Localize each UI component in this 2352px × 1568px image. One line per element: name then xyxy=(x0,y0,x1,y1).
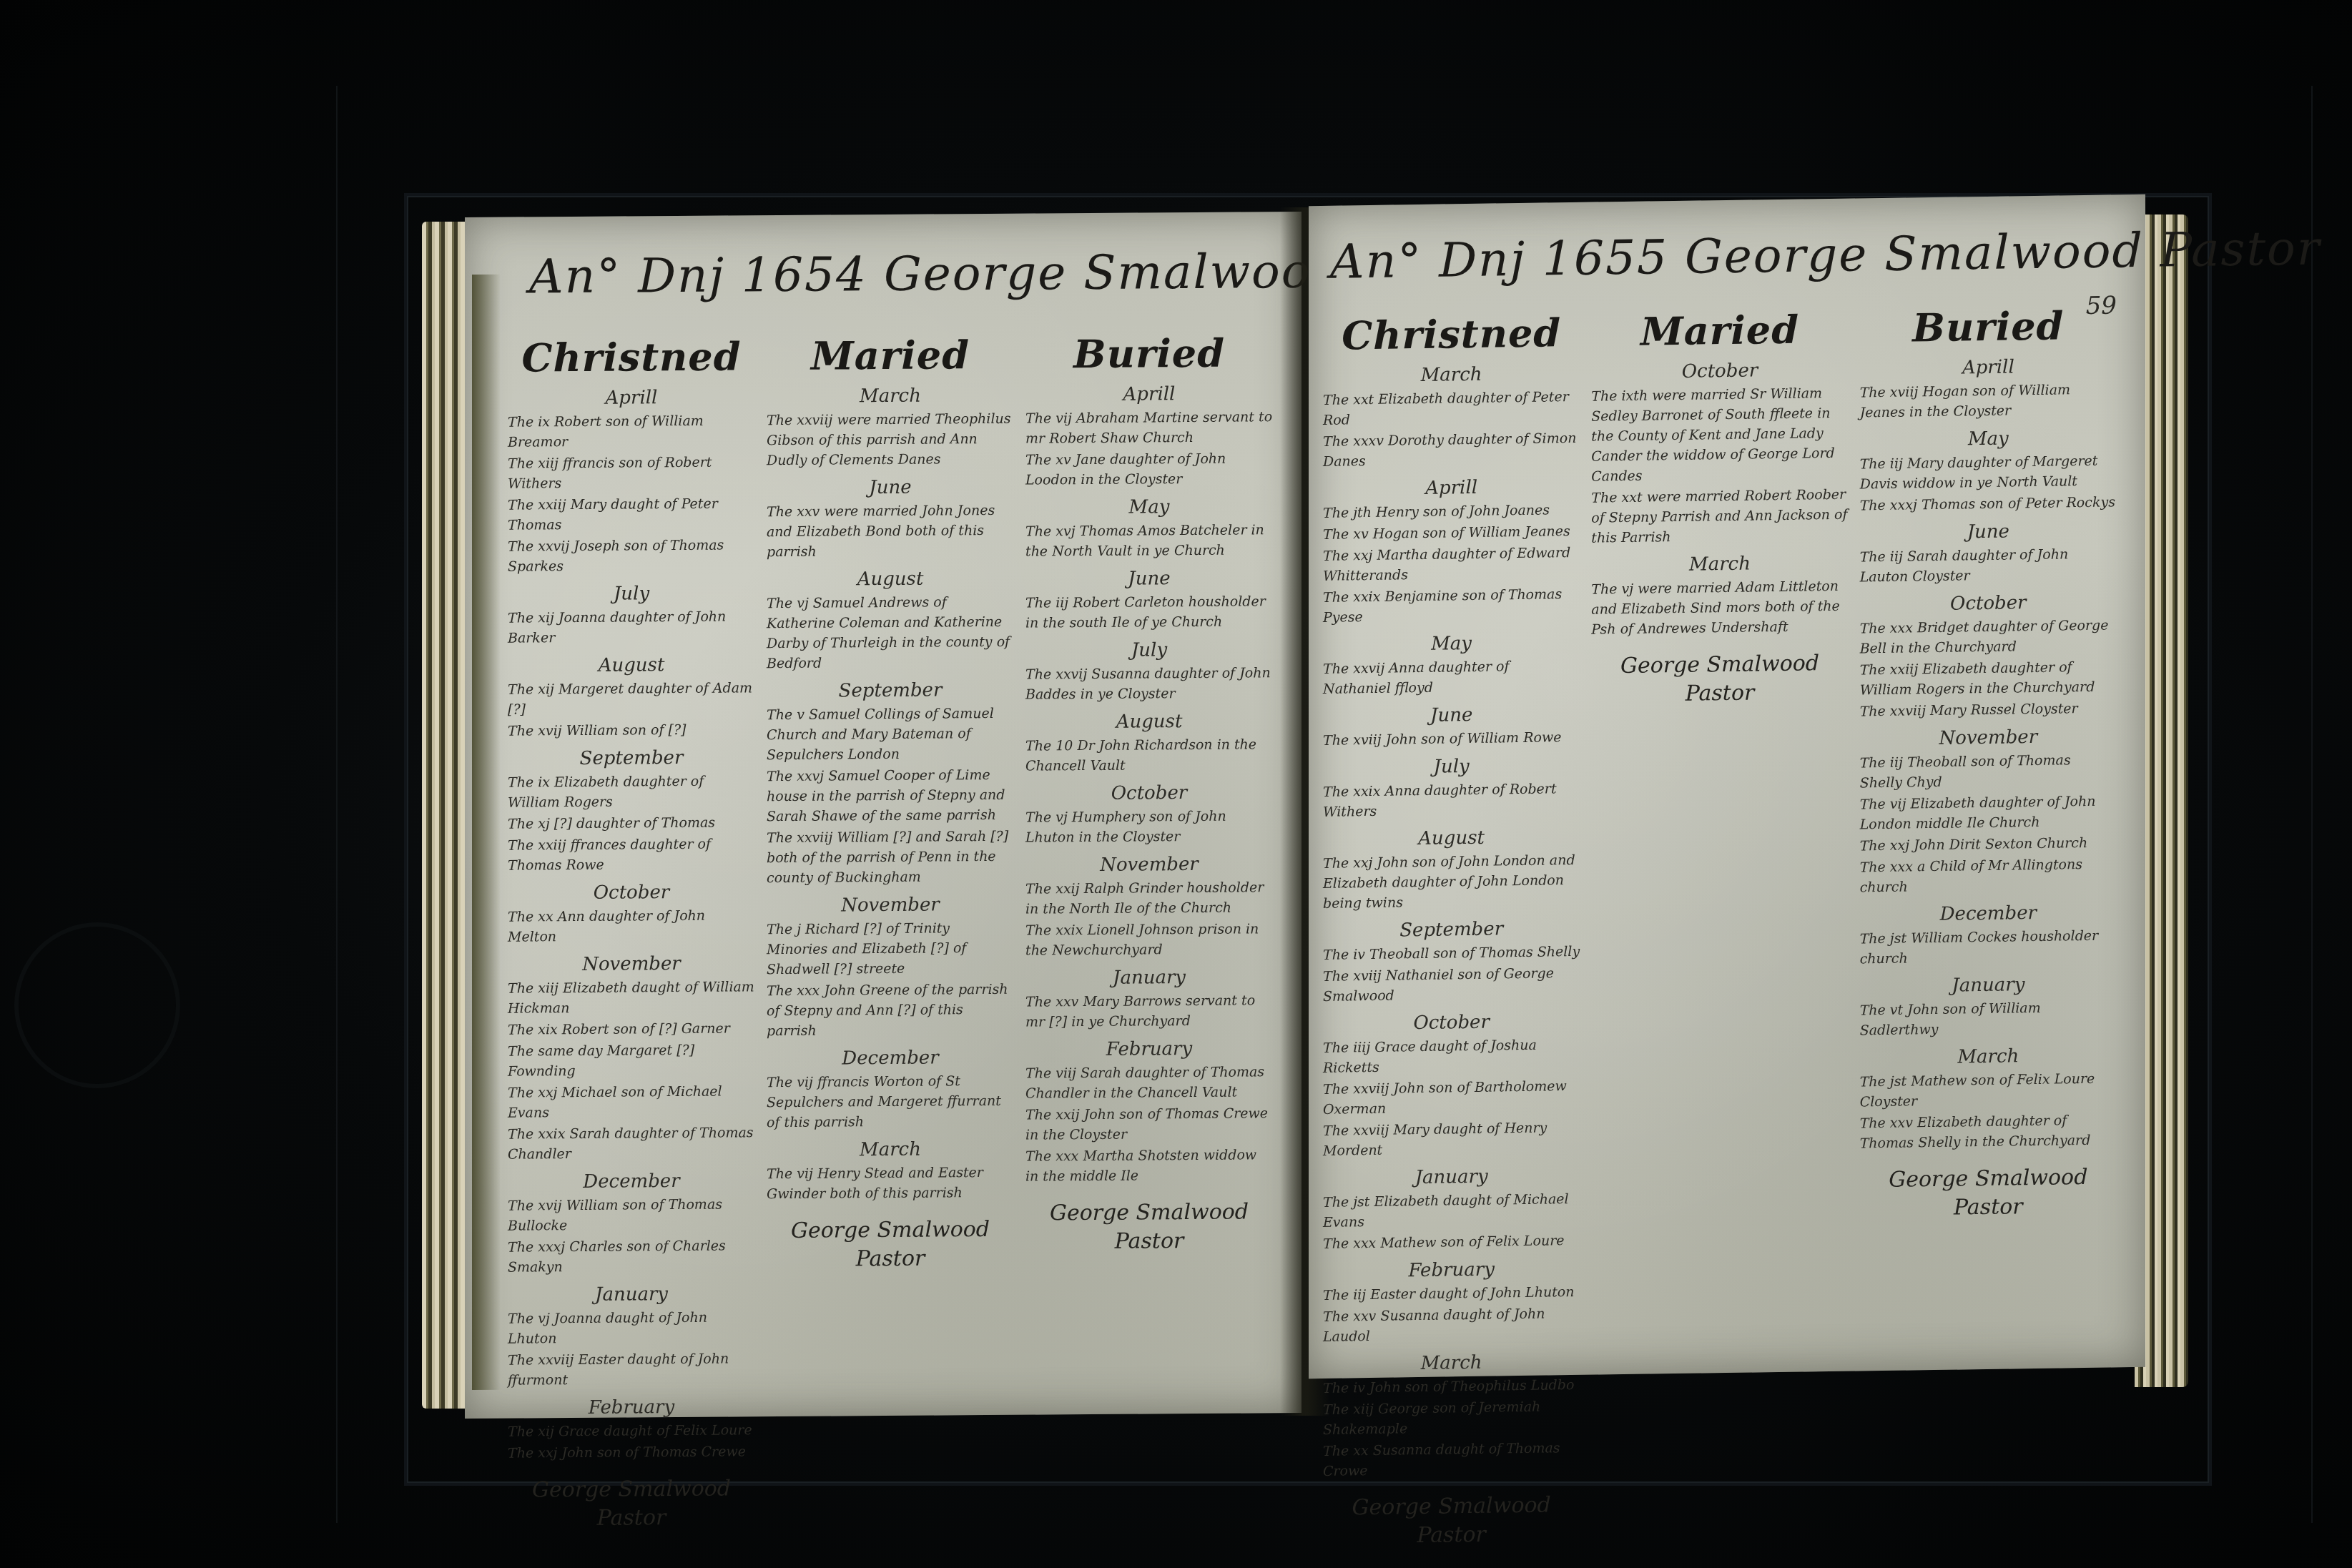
register-entry: The xxt Elizabeth daughter of Peter Rod xyxy=(1323,387,1580,430)
register-entry: The vij ffrancis Worton of St Sepulchers… xyxy=(767,1071,1014,1133)
background-ring-reflection xyxy=(14,922,180,1088)
column-title: Christned xyxy=(508,333,755,380)
register-entry: The xxx John Greene of the parrish of St… xyxy=(767,980,1014,1041)
month-heading: October xyxy=(508,881,755,904)
month-heading: March xyxy=(767,1138,1014,1161)
register-entry: The iiij Grace daught of Joshua Ricketts xyxy=(1323,1035,1580,1078)
register-entry: The xxv Mary Barrows servant to mr [?] i… xyxy=(1025,990,1273,1032)
register-entry: The xviij Hogan son of William Jeanes in… xyxy=(1860,379,2117,423)
register-entry: The 10 Dr John Richardson in the Chancel… xyxy=(1025,734,1273,776)
month-heading: February xyxy=(1025,1037,1273,1060)
month-heading: August xyxy=(1025,710,1273,733)
month-heading: October xyxy=(1025,781,1273,804)
register-entry: The xxxj Thomas son of Peter Rockys xyxy=(1860,492,2117,516)
month-heading: January xyxy=(1025,966,1273,989)
register-entry: The xxt were married Robert Roober of St… xyxy=(1591,485,1848,548)
right-page: An° Dnj 1655 George Smalwood Pastor 59 C… xyxy=(1309,194,2145,1379)
month-heading: May xyxy=(1025,495,1273,518)
register-entry: The xxviij William [?] and Sarah [?] bot… xyxy=(767,827,1014,888)
register-entry: The iij Mary daughter of Margeret Davis … xyxy=(1860,450,2117,494)
column-title: Maried xyxy=(767,332,1014,379)
register-entry: The vj Samuel Andrews of Katherine Colem… xyxy=(767,592,1014,674)
register-entry: The xxix Lionell Johnson prison in the N… xyxy=(1025,919,1273,960)
register-entry: The xx Ann daughter of John Melton xyxy=(508,905,755,947)
month-heading: December xyxy=(1860,901,2117,926)
register-entry: The xv Jane daughter of John Loodon in t… xyxy=(1025,448,1273,490)
month-heading: May xyxy=(1860,426,2117,451)
left-page: An° Dnj 1654 George Smalwood Pastor Chri… xyxy=(465,212,1302,1419)
register-entry: The xxix Benjamine son of Thomas Pyese xyxy=(1323,584,1580,628)
register-entry: The xviij John son of William Rowe xyxy=(1323,727,1580,751)
register-entry: The xij Grace daught of Felix Loure xyxy=(508,1420,755,1441)
register-entry: The xxj John Dirit Sexton Church xyxy=(1860,832,2117,856)
register-entry: The xxij John son of Thomas Crewe in the… xyxy=(1025,1103,1273,1145)
month-heading: Aprill xyxy=(1323,475,1580,501)
register-entry: The xix Robert son of [?] Garner xyxy=(508,1018,755,1040)
register-entry: The vt John son of William Sadlerthwy xyxy=(1860,997,2117,1040)
register-entry: The xxj John son of John London and Eliz… xyxy=(1323,850,1580,914)
month-heading: November xyxy=(767,894,1014,917)
signature-line: George Smalwood xyxy=(1860,1163,2117,1195)
month-heading: February xyxy=(508,1396,755,1419)
column-title: Christned xyxy=(1323,310,1580,359)
column-buried: BuriedAprillThe vij Abraham Martine serv… xyxy=(1025,330,1273,1529)
register-entry: The xxxv Dorothy daughter of Simon Danes xyxy=(1323,428,1580,472)
month-heading: March xyxy=(1323,1351,1580,1376)
month-heading: September xyxy=(767,679,1014,702)
page-heading: An° Dnj 1654 George Smalwood Pastor xyxy=(529,244,1259,304)
register-entry: The xvij William son of Thomas Bullocke xyxy=(508,1194,755,1236)
register-entry: The xvij William son of [?] xyxy=(508,719,755,741)
column-title: Buried xyxy=(1025,330,1273,377)
register-entry: The jst Elizabeth daught of Michael Evan… xyxy=(1323,1189,1580,1233)
month-heading: October xyxy=(1591,359,1848,384)
month-heading: March xyxy=(1860,1044,2117,1069)
register-entry: The xiij ffrancis son of Robert Withers xyxy=(508,452,755,493)
register-entry: The iv Theoball son of Thomas Shelly xyxy=(1323,942,1580,965)
month-heading: January xyxy=(1860,972,2117,997)
signature-line: Pastor xyxy=(767,1244,1014,1274)
pastor-signature: George SmalwoodPastor xyxy=(1591,649,1848,710)
signature-line: George Smalwood xyxy=(767,1216,1014,1246)
register-entry: The xxvij Susanna daughter of John Badde… xyxy=(1025,663,1273,704)
register-entry: The xxviij Mary daught of Henry Mordent xyxy=(1323,1118,1580,1161)
page-heading: An° Dnj 1655 George Smalwood Pastor xyxy=(1330,224,2102,290)
register-entry: The xxviij Easter daught of John ffurmon… xyxy=(508,1348,755,1390)
month-heading: June xyxy=(1025,567,1273,590)
month-heading: Aprill xyxy=(1860,355,2117,380)
signature-line: Pastor xyxy=(1860,1191,2117,1223)
column-christned: ChristnedAprillThe ix Robert son of Will… xyxy=(508,333,755,1533)
column-buried: BuriedAprillThe xviij Hogan son of Willi… xyxy=(1860,302,2117,1544)
register-entry: The xxj Martha daughter of Edward Whitte… xyxy=(1323,543,1580,586)
register-entry: The xxiij Elizabeth daughter of William … xyxy=(1860,656,2117,700)
register-entry: The xviij Nathaniel son of George Smalwo… xyxy=(1323,963,1580,1007)
signature-line: Pastor xyxy=(508,1503,755,1533)
register-entry: The ix Elizabeth daughter of William Rog… xyxy=(508,771,755,812)
month-heading: September xyxy=(508,746,755,769)
register-entry: The ix Robert son of William Breamor xyxy=(508,410,755,452)
month-heading: March xyxy=(1323,363,1580,388)
month-heading: Aprill xyxy=(508,386,755,409)
register-entry: The jth Henry son of John Joanes xyxy=(1323,500,1580,523)
register-entry: The same day Margaret [?] Fownding xyxy=(508,1040,755,1081)
register-entry: The vj Joanna daught of John Lhuton xyxy=(508,1307,755,1348)
month-heading: August xyxy=(508,654,755,676)
month-heading: March xyxy=(1591,552,1848,577)
pastor-signature: George SmalwoodPastor xyxy=(1323,1491,1580,1552)
register-entry: The iij Easter daught of John Lhuton xyxy=(1323,1282,1580,1306)
month-heading: October xyxy=(1323,1010,1580,1035)
month-heading: September xyxy=(1323,917,1580,942)
signature-line: Pastor xyxy=(1025,1226,1273,1256)
register-entry: The xxvj Samuel Cooper of Lime house in … xyxy=(767,765,1014,827)
register-entry: The xv Hogan son of William Jeanes xyxy=(1323,521,1580,545)
register-entry: The iij Sarah daughter of John Lauton Cl… xyxy=(1860,543,2117,587)
signature-line: George Smalwood xyxy=(1591,649,1848,681)
month-heading: July xyxy=(1323,754,1580,779)
register-entry: The xvj Thomas Amos Batcheler in the Nor… xyxy=(1025,520,1273,561)
register-entry: The xxv were married John Jones and Eliz… xyxy=(767,501,1014,562)
register-entry: The j Richard [?] of Trinity Minories an… xyxy=(767,918,1014,980)
register-entry: The vij Abraham Martine servant to mr Ro… xyxy=(1025,407,1273,448)
month-heading: November xyxy=(1025,853,1273,876)
register-entry: The xxx a Child of Mr Allingtons church xyxy=(1860,854,2117,897)
month-heading: August xyxy=(1323,826,1580,851)
register-entry: The iij Theoball son of Thomas Shelly Ch… xyxy=(1860,749,2117,793)
column-title: Buried xyxy=(1860,302,2117,351)
month-heading: May xyxy=(1323,631,1580,656)
register-entry: The viij Sarah daughter of Thomas Chandl… xyxy=(1025,1062,1273,1103)
month-heading: June xyxy=(1860,519,2117,544)
register-entry: The jst Mathew son of Felix Loure Cloyst… xyxy=(1860,1068,2117,1112)
month-heading: June xyxy=(1323,703,1580,728)
register-entry: The vj were married Adam Littleton and E… xyxy=(1591,576,1848,640)
register-entry: The xxx Mathew son of Felix Loure xyxy=(1323,1231,1580,1254)
register-entry: The xxxj Charles son of Charles Smakyn xyxy=(508,1236,755,1277)
register-columns: ChristnedAprillThe ix Robert son of Will… xyxy=(508,330,1273,1389)
month-heading: Aprill xyxy=(1025,383,1273,405)
column-maried: MariedMarchThe xxviij were married Theop… xyxy=(767,332,1014,1532)
month-heading: January xyxy=(1323,1165,1580,1190)
pastor-signature: George SmalwoodPastor xyxy=(508,1474,755,1533)
register-entry: The xxx Martha Shotsten widdow in the mi… xyxy=(1025,1145,1273,1186)
register-entry: The vj Humphery son of John Lhuton in th… xyxy=(1025,806,1273,847)
register-entry: The xxviij Mary Russel Cloyster xyxy=(1860,698,2117,721)
register-entry: The jst William Cockes housholder church xyxy=(1860,925,2117,969)
register-entry: The xxvij Joseph son of Thomas Sparkes xyxy=(508,535,755,576)
register-entry: The xxj John son of Thomas Crewe xyxy=(508,1441,755,1463)
register-entry: The xiij George son of Jeremiah Shakemap… xyxy=(1323,1396,1580,1440)
open-register-book: An° Dnj 1654 George Smalwood Pastor Chri… xyxy=(422,200,2188,1430)
month-heading: March xyxy=(767,385,1014,408)
register-entry: The xiij Elizabeth daught of William Hic… xyxy=(508,977,755,1018)
register-entry: The xxiij Mary daught of Peter Thomas xyxy=(508,493,755,535)
month-heading: February xyxy=(1323,1258,1580,1283)
register-entry: The ixth were married Sr William Sedley … xyxy=(1591,383,1848,487)
pastor-signature: George SmalwoodPastor xyxy=(1025,1198,1273,1256)
signature-line: George Smalwood xyxy=(1025,1198,1273,1228)
month-heading: July xyxy=(1025,638,1273,661)
register-entry: The xj [?] daughter of Thomas xyxy=(508,812,755,834)
register-entry: The xxj Michael son of Michael Evans xyxy=(508,1081,755,1123)
register-entry: The xij Joanna daughter of John Barker xyxy=(508,606,755,648)
month-heading: December xyxy=(767,1047,1014,1070)
register-entry: The vij Elizabeth daughter of John Londo… xyxy=(1860,791,2117,834)
month-heading: December xyxy=(508,1170,755,1193)
column-title: Maried xyxy=(1591,306,1848,355)
register-entry: The xij Margeret daughter of Adam [?] xyxy=(508,678,755,719)
register-entry: The xxix Anna daughter of Robert Withers xyxy=(1323,779,1580,822)
register-entry: The xxvij Anna daughter of Nathaniel ffl… xyxy=(1323,656,1580,699)
register-entry: The xxiij ffrances daughter of Thomas Ro… xyxy=(508,834,755,875)
column-maried: MariedOctoberThe ixth were married Sr Wi… xyxy=(1591,306,1848,1548)
month-heading: October xyxy=(1860,591,2117,616)
signature-line: Pastor xyxy=(1591,678,1848,710)
register-entry: The vij Henry Stead and Easter Gwinder b… xyxy=(767,1163,1014,1204)
signature-line: Pastor xyxy=(1323,1519,1580,1552)
register-entry: The xxix Sarah daughter of Thomas Chandl… xyxy=(508,1123,755,1164)
signature-line: George Smalwood xyxy=(1323,1491,1580,1523)
register-entry: The xxx Bridget daughter of George Bell … xyxy=(1860,615,2117,659)
register-entry: The xxv Susanna daught of John Laudol xyxy=(1323,1303,1580,1347)
binding-stain xyxy=(472,275,501,1390)
signature-line: George Smalwood xyxy=(508,1474,755,1504)
month-heading: June xyxy=(767,476,1014,499)
register-entry: The xxv Elizabeth daughter of Thomas She… xyxy=(1860,1110,2117,1153)
month-heading: November xyxy=(508,952,755,975)
register-entry: The v Samuel Collings of Samuel Church a… xyxy=(767,704,1014,765)
month-heading: November xyxy=(1860,725,2117,750)
register-entry: The xx Susanna daught of Thomas Crowe xyxy=(1323,1438,1580,1481)
month-heading: July xyxy=(508,582,755,605)
register-entry: The iv John son of Theophilus Ludbo xyxy=(1323,1375,1580,1399)
register-entry: The iij Robert Carleton housholder in th… xyxy=(1025,591,1273,633)
register-entry: The xxij Ralph Grinder housholder in the… xyxy=(1025,877,1273,919)
register-entry: The xxviij were married Theophilus Gibso… xyxy=(767,409,1014,470)
register-entry: The xxviij John son of Bartholomew Oxerm… xyxy=(1323,1076,1580,1120)
pastor-signature: George SmalwoodPastor xyxy=(1860,1163,2117,1223)
month-heading: January xyxy=(508,1283,755,1306)
pastor-signature: George SmalwoodPastor xyxy=(767,1216,1014,1274)
column-christned: ChristnedMarchThe xxt Elizabeth daughter… xyxy=(1323,310,1580,1552)
month-heading: August xyxy=(767,568,1014,591)
register-columns: ChristnedMarchThe xxt Elizabeth daughter… xyxy=(1323,302,2117,1349)
